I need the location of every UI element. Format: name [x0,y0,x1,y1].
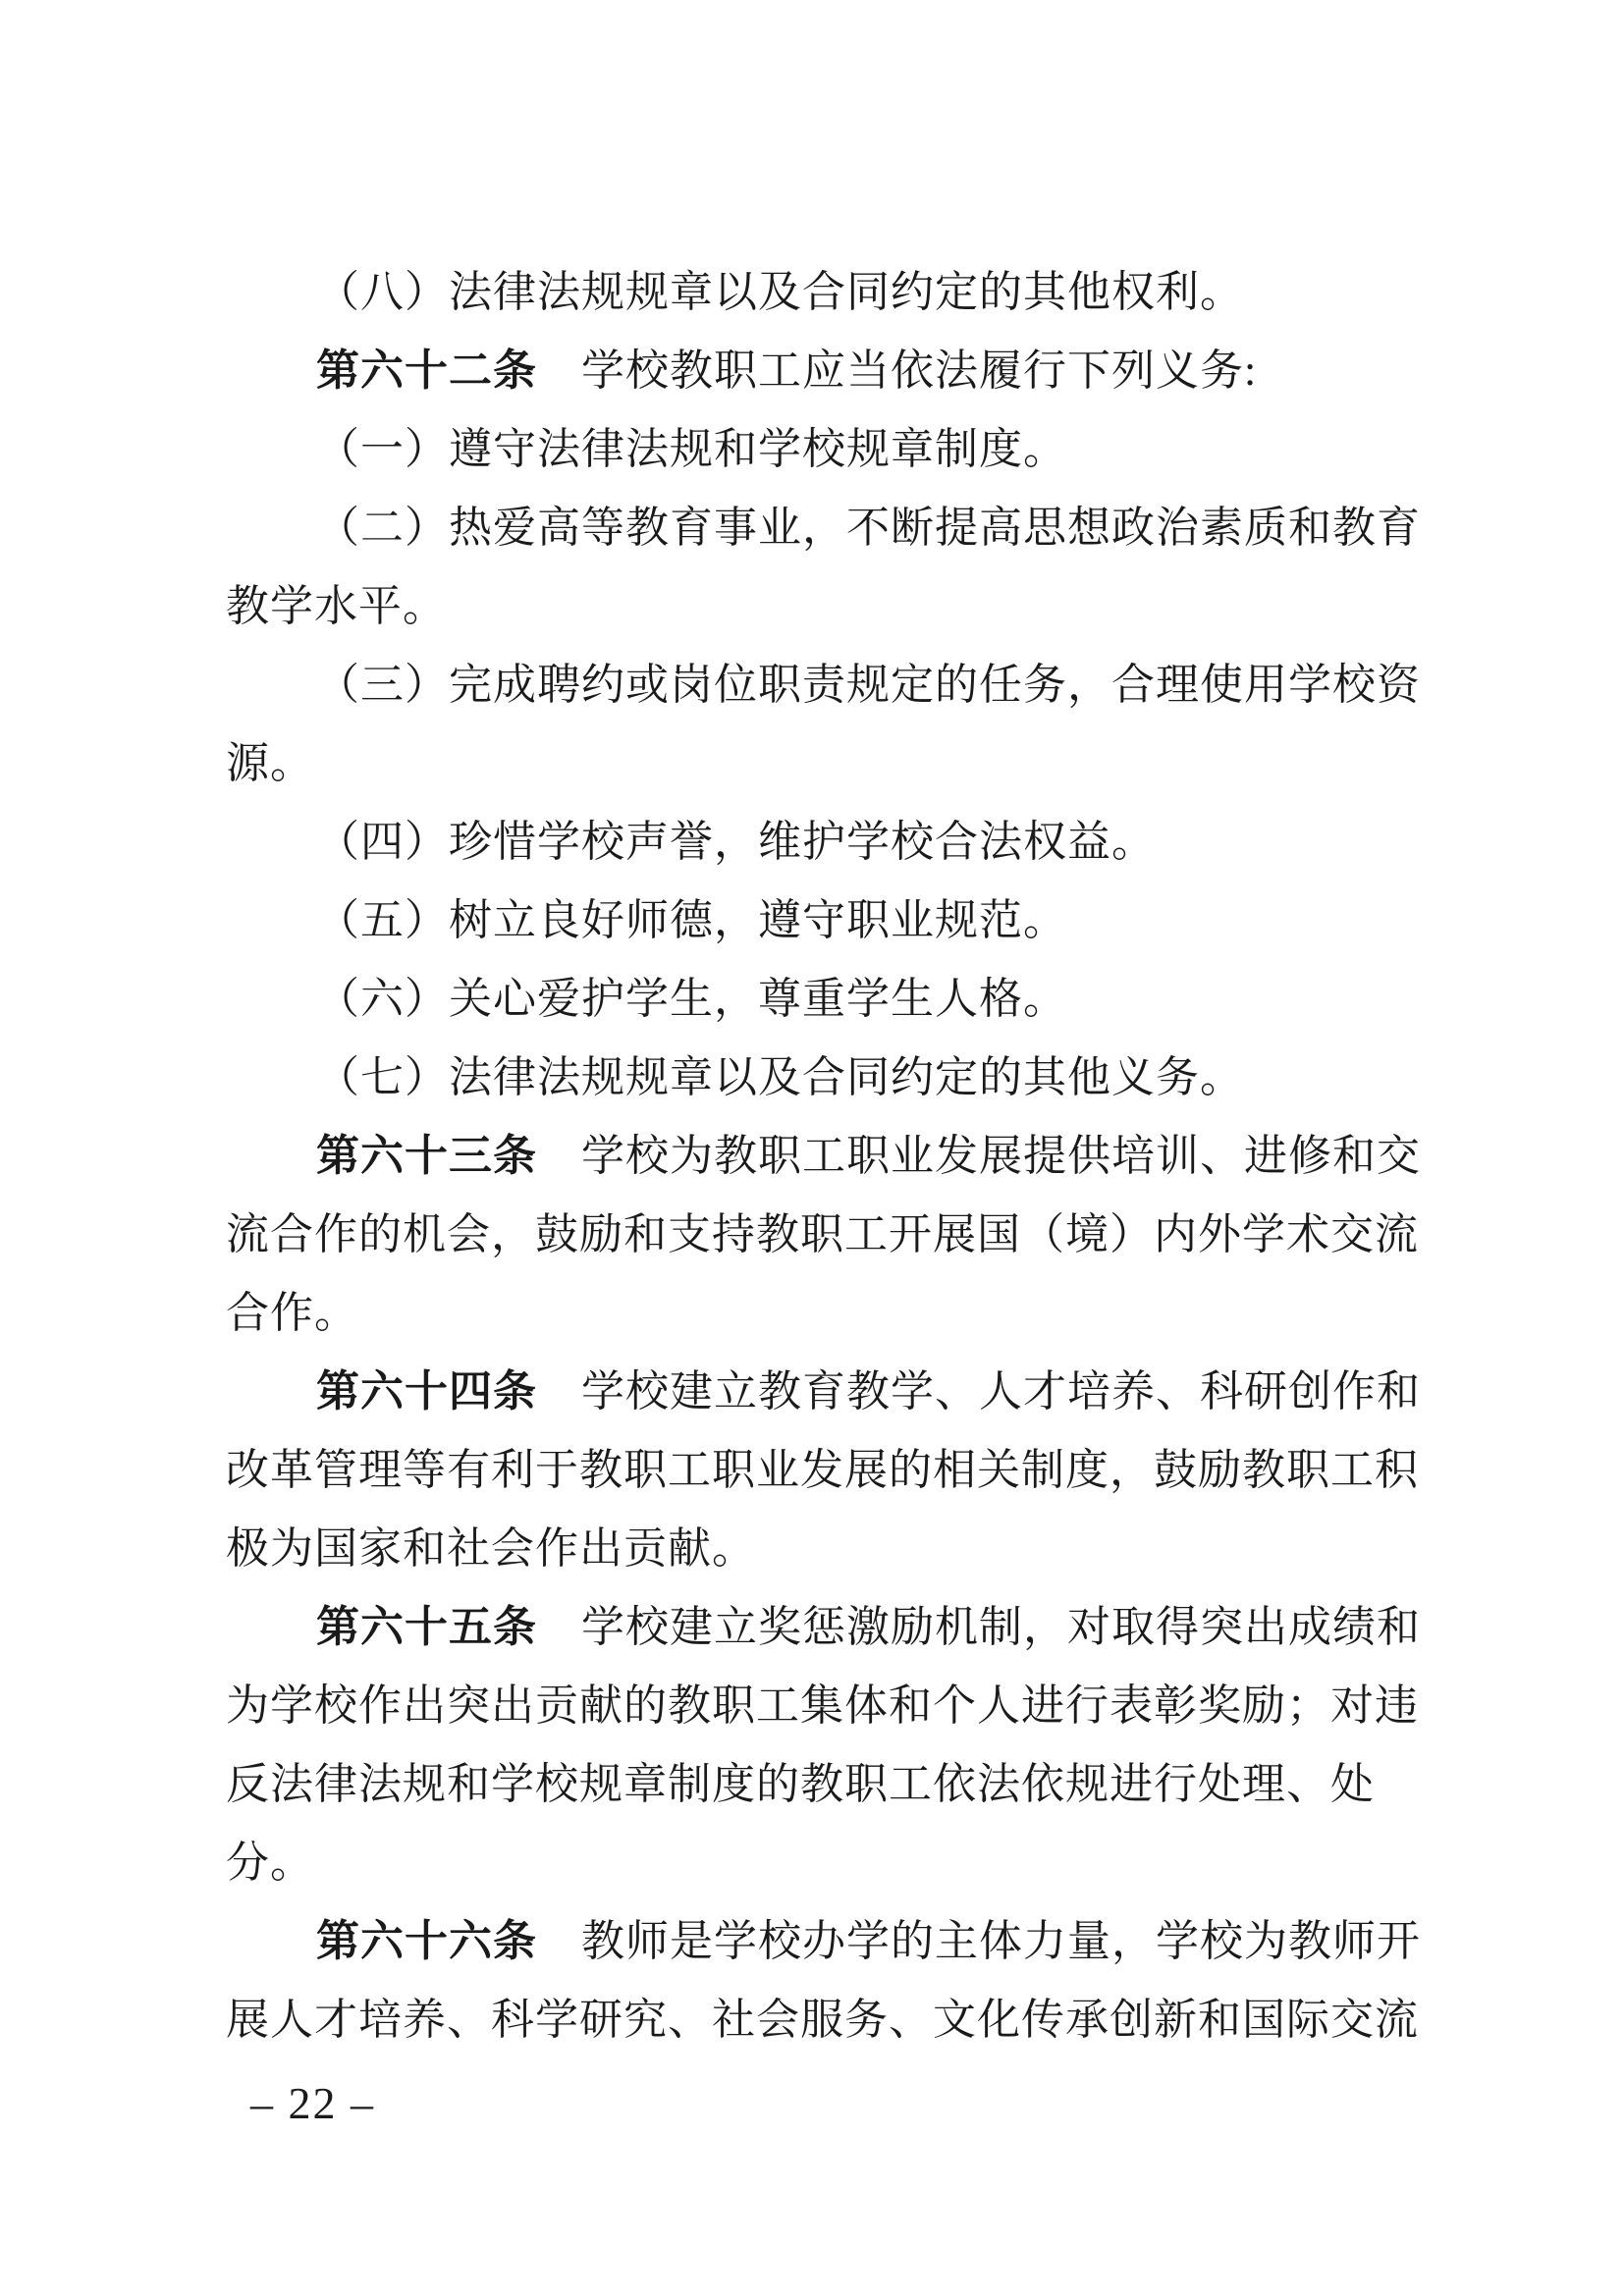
text-line: 第六十五条 学校建立奖惩激励机制，对取得突出成绩和 [316,1602,1553,1653]
text-line: （四）珍惜学校声誉，维护学校合法权益。 [316,817,1553,868]
text-line: 第六十三条 学校为教职工职业发展提供培训、进修和交 [316,1131,1553,1182]
article-number: 第六十三条 [316,1132,537,1180]
page-number: – 22 – [250,2079,375,2128]
line-text: （五）树立良好师德，遵守职业规范。 [316,896,1067,944]
text-line: 极为国家和社会作出贡献。 [226,1523,1463,1575]
text-line: 流合作的机会，鼓励和支持教职工开展国（境）内外学术交流 [226,1209,1463,1260]
text-line: 反法律法规和学校规章制度的教职工依法依规进行处理、处 [226,1759,1463,1810]
text-line: 合作。 [226,1288,1463,1339]
text-line: 第六十六条 教师是学校办学的主体力量，学校为教师开 [316,1916,1553,1967]
text-line: （七）法律法规规章以及合同约定的其他义务。 [316,1052,1553,1103]
text-line: 分。 [226,1838,1463,1889]
text-line: 源。 [226,738,1463,789]
line-text: （四）珍惜学校声誉，维护学校合法权益。 [316,818,1156,866]
line-text: 教师是学校办学的主体力量，学校为教师开 [537,1917,1421,1965]
article-number: 第六十六条 [316,1917,537,1965]
line-text: 学校建立奖惩激励机制，对取得突出成绩和 [537,1603,1421,1651]
text-line: 教学水平。 [226,581,1463,632]
text-line: （三）完成聘约或岗位职责规定的任务，合理使用学校资 [316,660,1553,711]
line-text: 合作。 [226,1289,358,1337]
line-text: （七）法律法规规章以及合同约定的其他义务。 [316,1053,1244,1101]
text-line: （六）关心爱护学生，尊重学生人格。 [316,974,1553,1025]
document-page: （八）法律法规规章以及合同约定的其他权利。 第六十二条 学校教职工应当依法履行下… [0,0,1624,2296]
line-text: 改革管理等有利于教职工职业发展的相关制度，鼓励教职工积 [226,1446,1419,1494]
text-line: 第六十二条 学校教职工应当依法履行下列义务: [316,346,1553,397]
line-text: 为学校作出突出贡献的教职工集体和个人进行表彰奖励；对违 [226,1682,1419,1730]
line-text: 学校教职工应当依法履行下列义务: [537,347,1257,395]
line-text: （八）法律法规规章以及合同约定的其他权利。 [316,268,1244,316]
line-text: 教学水平。 [226,582,447,630]
text-line: （一）遵守法律法规和学校规章制度。 [316,424,1553,475]
line-text: 分。 [226,1839,314,1887]
text-line: 改革管理等有利于教职工职业发展的相关制度，鼓励教职工积 [226,1445,1463,1496]
line-text: 源。 [226,739,314,787]
line-text: 流合作的机会，鼓励和支持教职工开展国（境）内外学术交流 [226,1210,1419,1258]
article-number: 第六十二条 [316,347,537,395]
text-line: （五）树立良好师德，遵守职业规范。 [316,895,1553,946]
line-text: 展人才培养、科学研究、社会服务、文化传承创新和国际交流 [226,1996,1419,2044]
text-line: 第六十四条 学校建立教育教学、人才培养、科研创作和 [316,1366,1553,1417]
article-number: 第六十四条 [316,1367,537,1415]
line-text: 极为国家和社会作出贡献。 [226,1524,756,1573]
line-text: （二）热爱高等教育事业，不断提高思想政治素质和教育 [316,504,1421,552]
text-line: （八）法律法规规章以及合同约定的其他权利。 [316,267,1553,318]
article-number: 第六十五条 [316,1603,537,1651]
line-text: 学校为教职工职业发展提供培训、进修和交 [537,1132,1421,1180]
text-line: 展人才培养、科学研究、社会服务、文化传承创新和国际交流 [226,1995,1463,2046]
text-line: 为学校作出突出贡献的教职工集体和个人进行表彰奖励；对违 [226,1681,1463,1732]
line-text: （一）遵守法律法规和学校规章制度。 [316,425,1067,473]
line-text: （六）关心爱护学生，尊重学生人格。 [316,975,1067,1023]
line-text: （三）完成聘约或岗位职责规定的任务，合理使用学校资 [316,661,1421,709]
line-text: 学校建立教育教学、人才培养、科研创作和 [537,1367,1421,1415]
line-text: 反法律法规和学校规章制度的教职工依法依规进行处理、处 [226,1760,1375,1808]
text-line: （二）热爱高等教育事业，不断提高思想政治素质和教育 [316,503,1553,554]
